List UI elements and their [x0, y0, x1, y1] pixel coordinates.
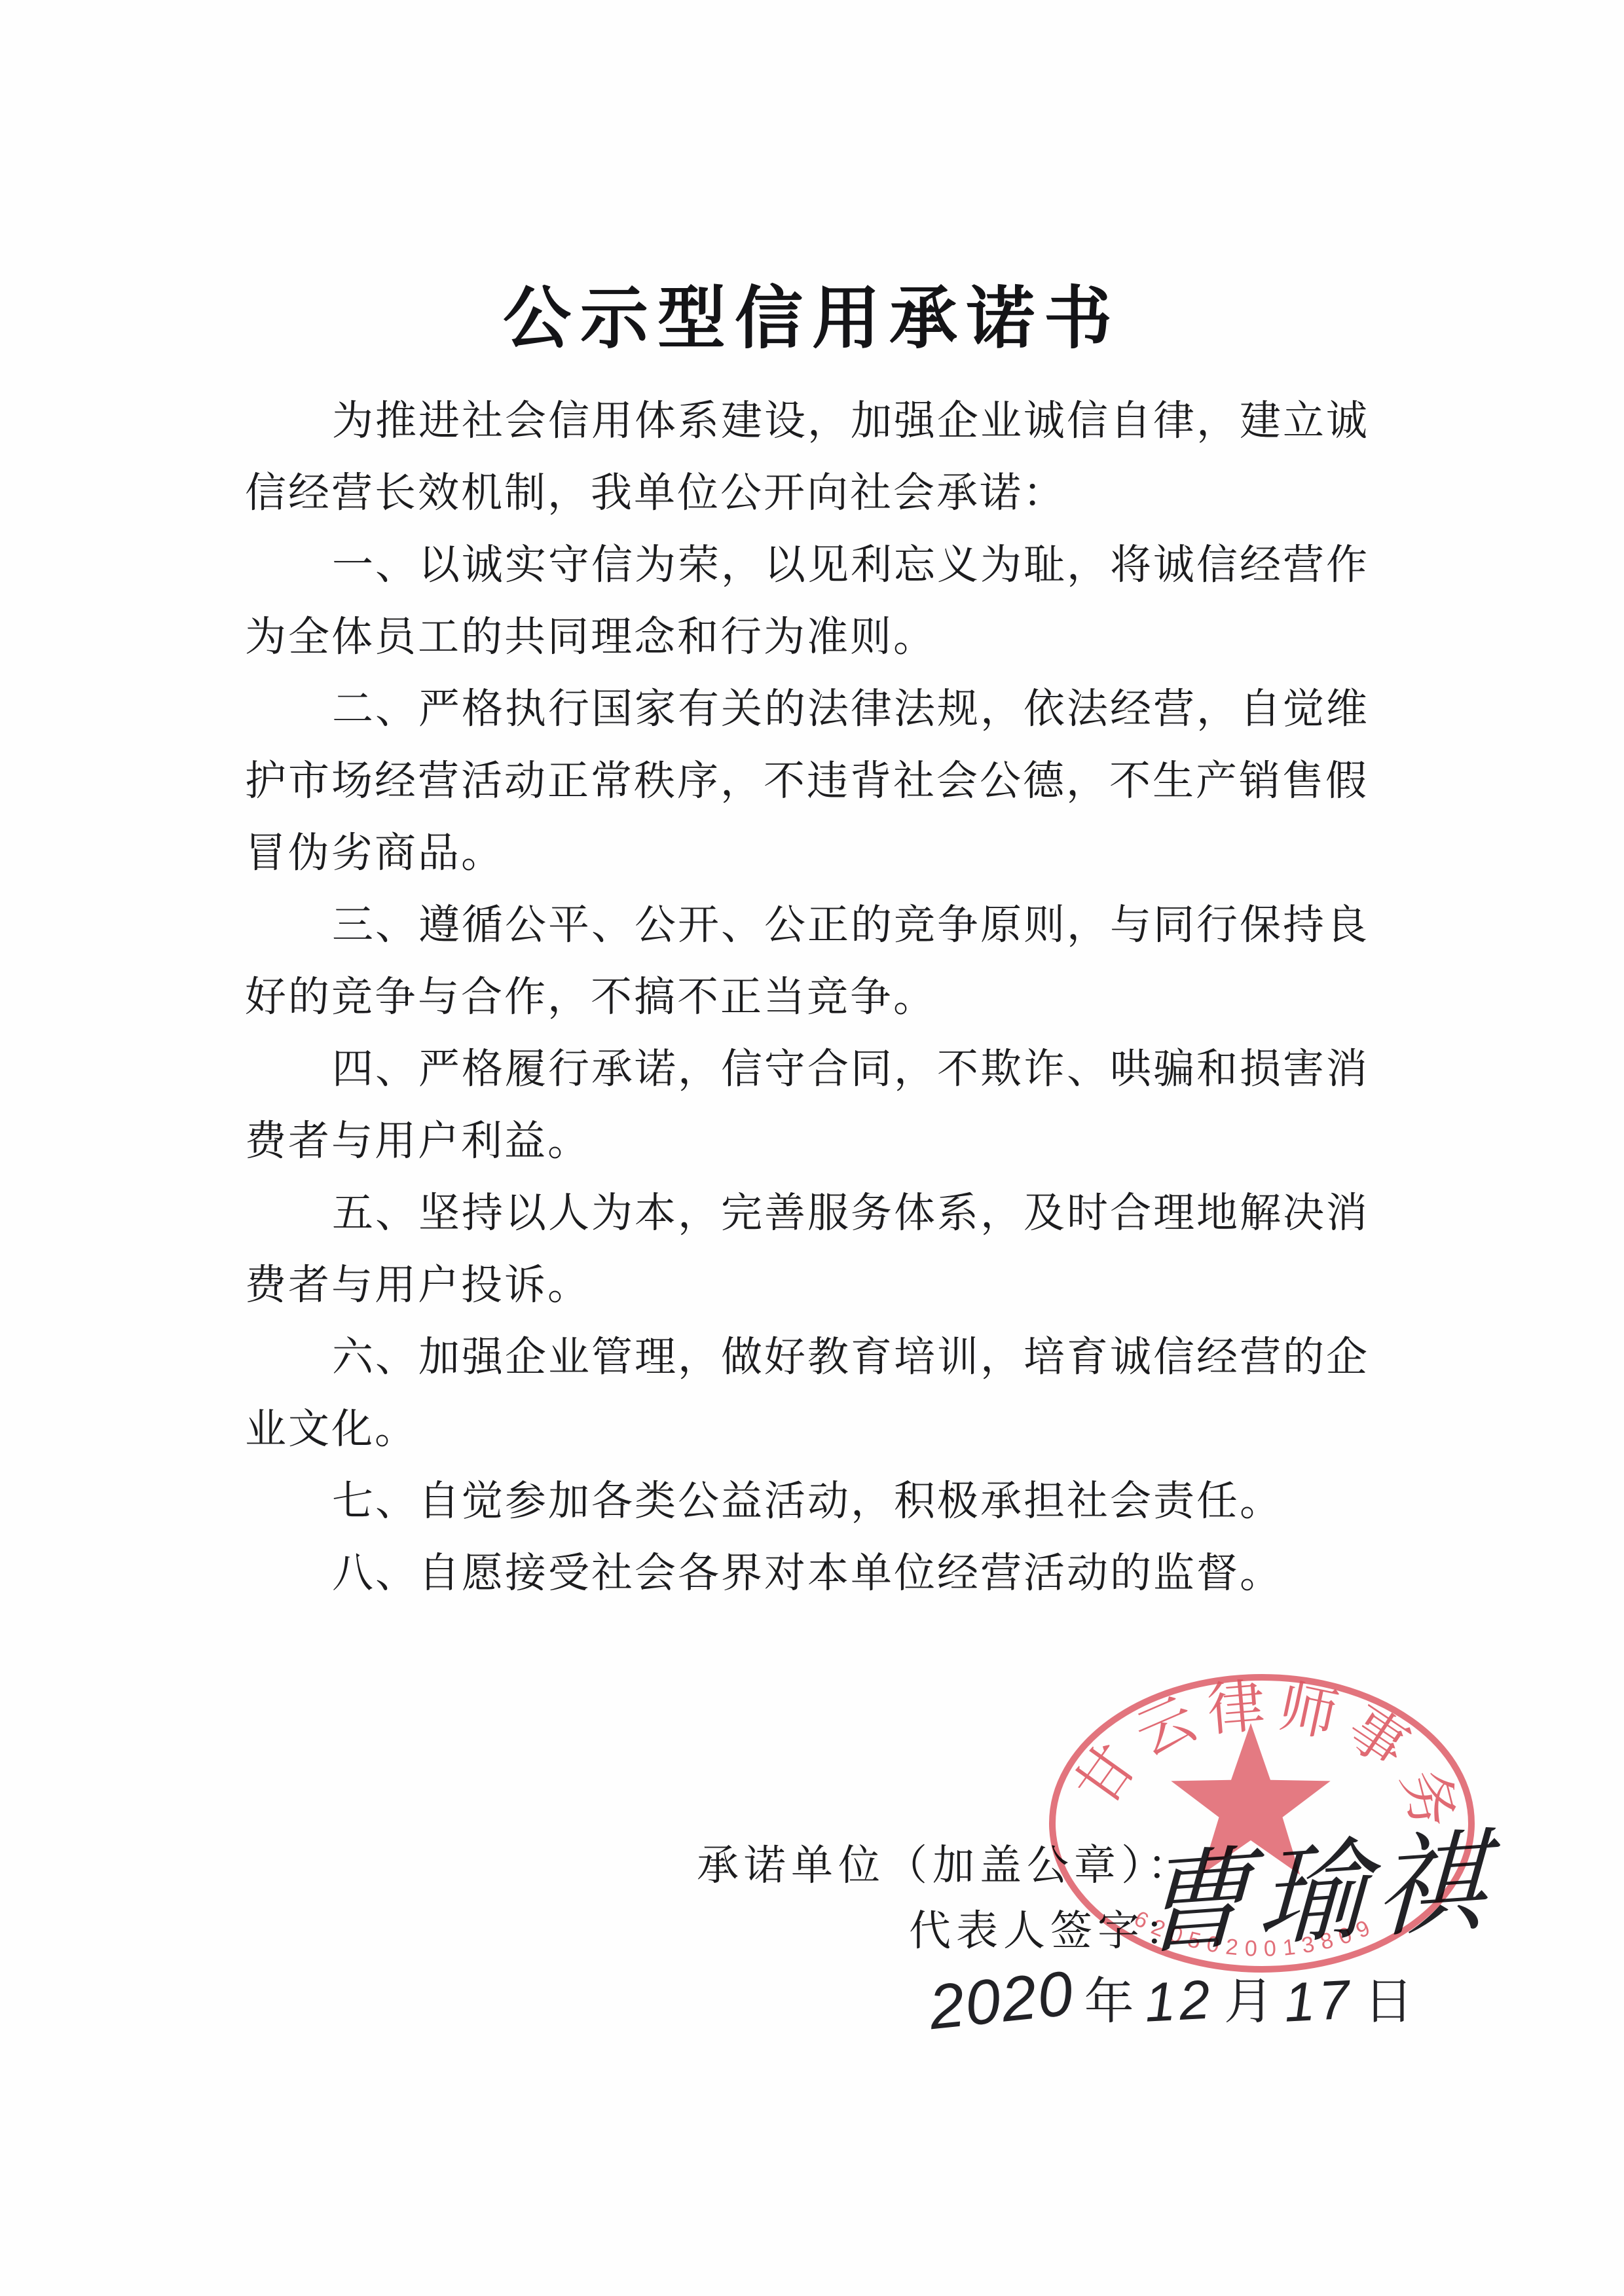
body-line: 费者与用户投诉。: [245, 1249, 1387, 1321]
date-day: 17: [1283, 1971, 1355, 2030]
body-text: 为推进社会信用体系建设，加强企业诚信自律，建立诚信经营长效机制，我单位公开向社会…: [245, 385, 1387, 1609]
body-line: 六、加强企业管理，做好教育培训，培育诚信经营的企: [245, 1321, 1387, 1393]
document-title: 公示型信用承诺书: [0, 263, 1624, 361]
body-line: 七、自觉参加各类公益活动，积极承担社会责任。: [245, 1465, 1387, 1537]
date-year-unit: 年: [1084, 1976, 1134, 2028]
date-day-unit: 日: [1363, 1976, 1413, 2028]
body-line: 四、严格履行承诺，信守合同，不欺诈、哄骗和损害消: [245, 1033, 1387, 1105]
body-line: 二、严格执行国家有关的法律法规，依法经营，自觉维: [245, 673, 1387, 745]
handwritten-date: 2020 年 12 月 17 日: [929, 1965, 1413, 2028]
body-line: 五、坚持以人为本，完善服务体系，及时合理地解决消: [245, 1177, 1387, 1249]
body-line: 一、以诚实守信为荣，以见利忘义为耻，将诚信经营作: [245, 529, 1387, 601]
body-line: 三、遵循公平、公开、公正的竞争原则，与同行保持良: [245, 889, 1387, 961]
body-line: 冒伪劣商品。: [245, 817, 1387, 889]
body-line: 为推进社会信用体系建设，加强企业诚信自律，建立诚: [245, 385, 1387, 457]
body-line: 好的竞争与合作，不搞不正当竞争。: [245, 961, 1387, 1033]
body-line: 护市场经营活动正常秩序，不违背社会公德，不生产销售假: [245, 745, 1387, 817]
body-line: 八、自愿接受社会各界对本单位经营活动的监督。: [245, 1537, 1387, 1609]
body-line: 信经营长效机制，我单位公开向社会承诺：: [245, 457, 1387, 529]
representative-handwritten-signature: 曹瑜祺: [1138, 1826, 1495, 1961]
body-line: 业文化。: [245, 1393, 1387, 1465]
date-month-unit: 月: [1224, 1976, 1274, 2028]
scanned-document-page: 公示型信用承诺书 为推进社会信用体系建设，加强企业诚信自律，建立诚信经营长效机制…: [0, 0, 1624, 2296]
body-line: 为全体员工的共同理念和行为准则。: [245, 601, 1387, 673]
body-line: 费者与用户利益。: [245, 1105, 1387, 1177]
date-month: 12: [1143, 1971, 1215, 2030]
